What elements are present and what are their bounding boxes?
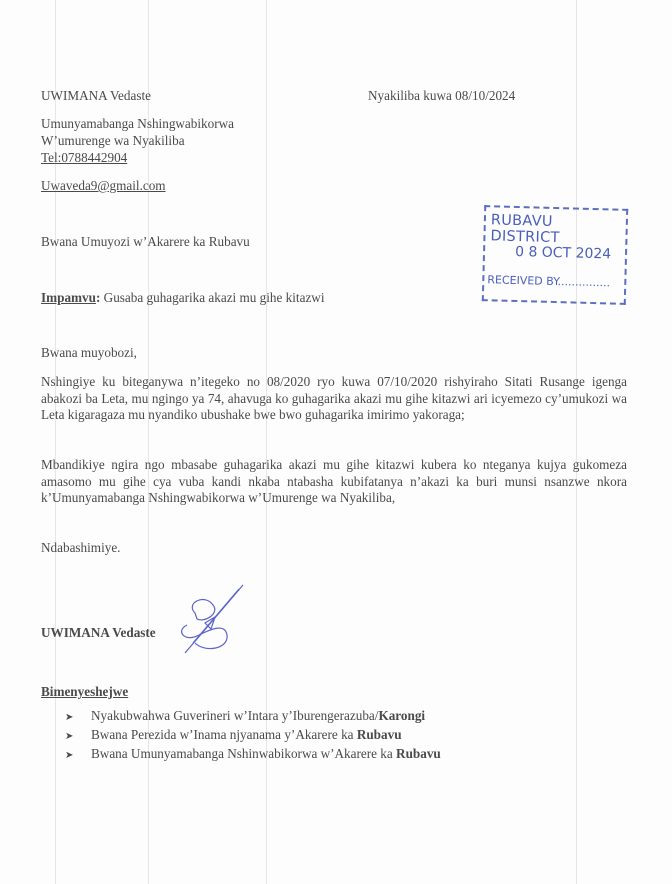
salutation: Bwana muyobozi, (41, 345, 137, 361)
paper-fold-line (576, 0, 577, 884)
stamp-date: 0 8 OCT 2024 (515, 244, 612, 263)
cc-item: ➤Bwana Umunyamabanga Nshinwabikorwa w’Ak… (65, 745, 441, 764)
cc-list: ➤Nyakubwahwa Guverineri w’Intara y’Ibure… (65, 707, 441, 764)
sender-title-line1: Umunyamabanga Nshingwabikorwa (41, 116, 234, 132)
body-paragraph-2: Mbandikiye ngira ngo mbasabe guhagarika … (41, 457, 627, 507)
cc-item: ➤Nyakubwahwa Guverineri w’Intara y’Ibure… (65, 707, 441, 726)
arrowhead-bullet-icon: ➤ (65, 709, 91, 726)
stamp-district: RUBAVU DISTRICT (490, 212, 626, 248)
place-date: Nyakiliba kuwa 08/10/2024 (368, 88, 515, 104)
body-paragraph-1: Nshingiye ku biteganywa n’itegeko no 08/… (41, 374, 627, 424)
sender-email-link[interactable]: Uwaveda9@gmail.com (41, 178, 166, 194)
sender-name: UWIMANA Vedaste (41, 88, 151, 104)
stamp-received-by: RECEIVED BY............... (487, 273, 610, 289)
sender-tel-link[interactable]: Tel:0788442904 (41, 150, 127, 166)
signature-name: UWIMANA Vedaste (41, 625, 156, 641)
cc-item: ➤Bwana Perezida w’Inama njyanama y’Akare… (65, 726, 441, 745)
recipient: Bwana Umuyozi w’Akarere ka Rubavu (41, 234, 250, 250)
closing: Ndabashimiye. (41, 540, 120, 556)
subject-label: Impamvu (41, 290, 96, 305)
subject-line: Impamvu: Gusaba guhagarika akazi mu gihe… (41, 290, 324, 306)
sender-title-line2: W’umurenge wa Nyakiliba (41, 133, 185, 149)
signature-scribble (165, 583, 245, 663)
arrowhead-bullet-icon: ➤ (65, 747, 91, 764)
received-stamp: RUBAVU DISTRICT 0 8 OCT 2024 RECEIVED BY… (482, 205, 628, 305)
cc-heading: Bimenyeshejwe (41, 684, 128, 700)
subject-text: Gusaba guhagarika akazi mu gihe kitazwi (104, 290, 325, 305)
arrowhead-bullet-icon: ➤ (65, 728, 91, 745)
